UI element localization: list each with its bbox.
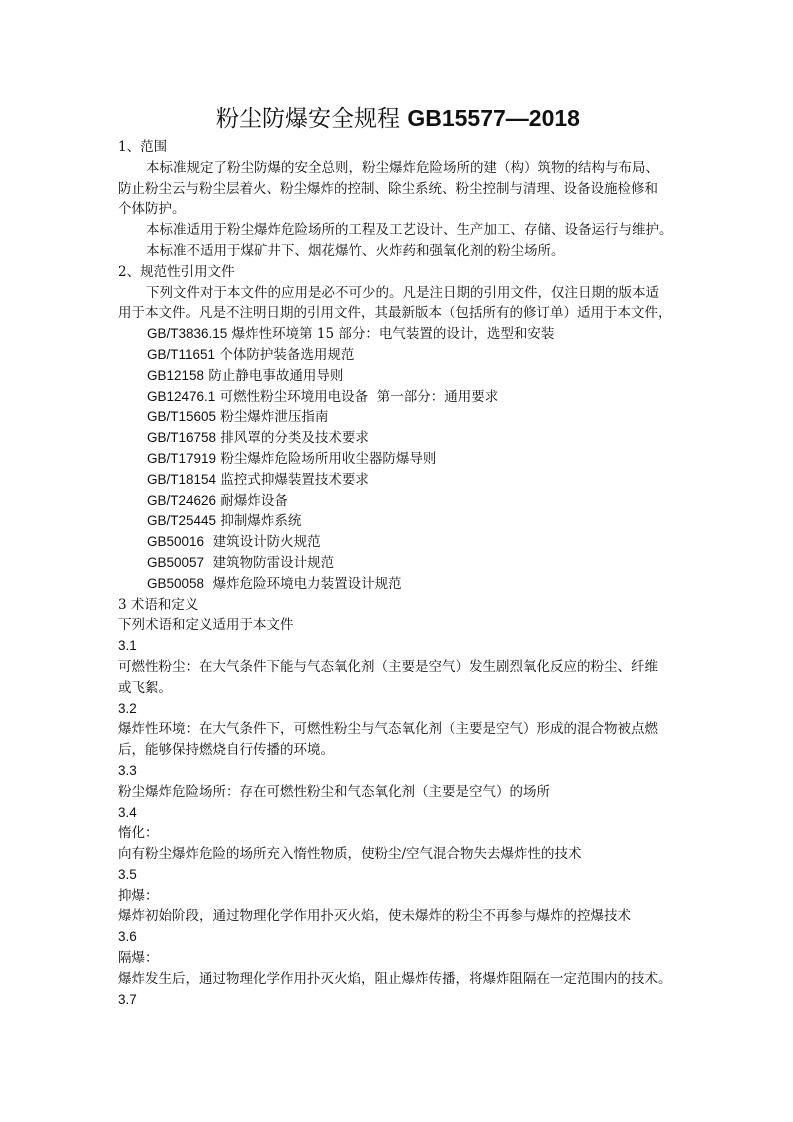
term-number: 3.2: [118, 699, 678, 720]
section-heading-terms-definitions: 3 术语和定义: [118, 595, 678, 616]
scope-paragraph-2: 本标准适用于粉尘爆炸危险场所的工程及工艺设计、生产加工、存储、设备运行与维护。: [118, 220, 678, 241]
references-intro-line-1: 下列文件对于本文件的应用是必不可少的。凡是注日期的引用文件，仅注日期的版本适: [118, 283, 678, 304]
title-code: GB15577—2018: [407, 105, 580, 131]
term-number: 3.4: [118, 803, 678, 824]
term-number: 3.7: [118, 990, 678, 1011]
reference-item: GB/T16758 排风罩的分类及技术要求: [118, 428, 678, 449]
reference-item: GB/T15605 粉尘爆炸泄压指南: [118, 407, 678, 428]
scope-paragraph-line-3: 个体防护。: [118, 199, 678, 220]
term-definition-line-1: 粉尘爆炸危险场所：存在可燃性粉尘和气态氧化剂（主要是空气）的场所: [118, 782, 678, 803]
reference-item: GB/T3836.15 爆炸性环境第 15 部分：电气装置的设计，选型和安装: [118, 324, 678, 345]
term-name: 抑爆：: [118, 886, 678, 907]
reference-item: GB12158 防止静电事故通用导则: [118, 366, 678, 387]
term-definition: 爆炸初始阶段，通过物理化学作用扑灭火焰，使未爆炸的粉尘不再参与爆炸的控爆技术: [118, 906, 678, 927]
reference-item: GB50016 建筑设计防火规范: [118, 532, 678, 553]
reference-item: GB/T25445 抑制爆炸系统: [118, 511, 678, 532]
title-chinese: 粉尘防爆安全规程: [216, 106, 400, 132]
scope-paragraph-line-2: 防止粉尘云与粉尘层着火、粉尘爆炸的控制、除尘系统、粉尘控制与清理、设备设施检修和: [118, 179, 678, 200]
reference-item: GB12476.1 可燃性粉尘环境用电设备 第一部分：通用要求: [118, 387, 678, 408]
section-heading-scope: 1、范围: [118, 137, 678, 158]
term-definition-line-2: 或飞絮。: [118, 678, 678, 699]
term-number: 3.1: [118, 636, 678, 657]
reference-item: GB/T17919 粉尘爆炸危险场所用收尘器防爆导则: [118, 449, 678, 470]
term-number: 3.6: [118, 927, 678, 948]
references-intro-line-2: 用于本文件。凡是不注明日期的引用文件，其最新版本（包括所有的修订单）适用于本文件…: [118, 303, 678, 324]
term-name: 隔爆：: [118, 948, 678, 969]
term-number: 3.5: [118, 865, 678, 886]
term-definition: 向有粉尘爆炸危险的场所充入惰性物质，使粉尘/空气混合物失去爆炸性的技术: [118, 844, 678, 865]
terms-intro: 下列术语和定义适用于本文件: [118, 615, 678, 636]
document-title: 粉尘防爆安全规程 GB15577—2018: [118, 102, 678, 135]
reference-item: GB/T11651 个体防护装备选用规范: [118, 345, 678, 366]
reference-item: GB50057 建筑物防雷设计规范: [118, 553, 678, 574]
reference-item: GB/T24626 耐爆炸设备: [118, 491, 678, 512]
term-number: 3.3: [118, 761, 678, 782]
term-definition-line-2: 后，能够保持燃烧自行传播的环境。: [118, 740, 678, 761]
reference-item: GB/T18154 监控式抑爆装置技术要求: [118, 470, 678, 491]
reference-item: GB50058 爆炸危险环境电力装置设计规范: [118, 574, 678, 595]
section-heading-normative-references: 2、规范性引用文件: [118, 262, 678, 283]
term-definition: 爆炸发生后，通过物理化学作用扑灭火焰，阻止爆炸传播，将爆炸阻隔在一定范围内的技术…: [118, 969, 678, 990]
term-definition-line-1: 爆炸性环境：在大气条件下，可燃性粉尘与气态氧化剂（主要是空气）形成的混合物被点燃: [118, 719, 678, 740]
document-body: 1、范围 本标准规定了粉尘防爆的安全总则，粉尘爆炸危险场所的建（构）筑物的结构与…: [118, 137, 678, 1010]
term-definition-line-1: 可燃性粉尘：在大气条件下能与气态氧化剂（主要是空气）发生剧烈氧化反应的粉尘、纤维: [118, 657, 678, 678]
term-name: 惰化：: [118, 823, 678, 844]
scope-paragraph-line-1: 本标准规定了粉尘防爆的安全总则，粉尘爆炸危险场所的建（构）筑物的结构与布局、: [118, 158, 678, 179]
scope-paragraph-3: 本标准不适用于煤矿井下、烟花爆竹、火炸药和强氧化剂的粉尘场所。: [118, 241, 678, 262]
